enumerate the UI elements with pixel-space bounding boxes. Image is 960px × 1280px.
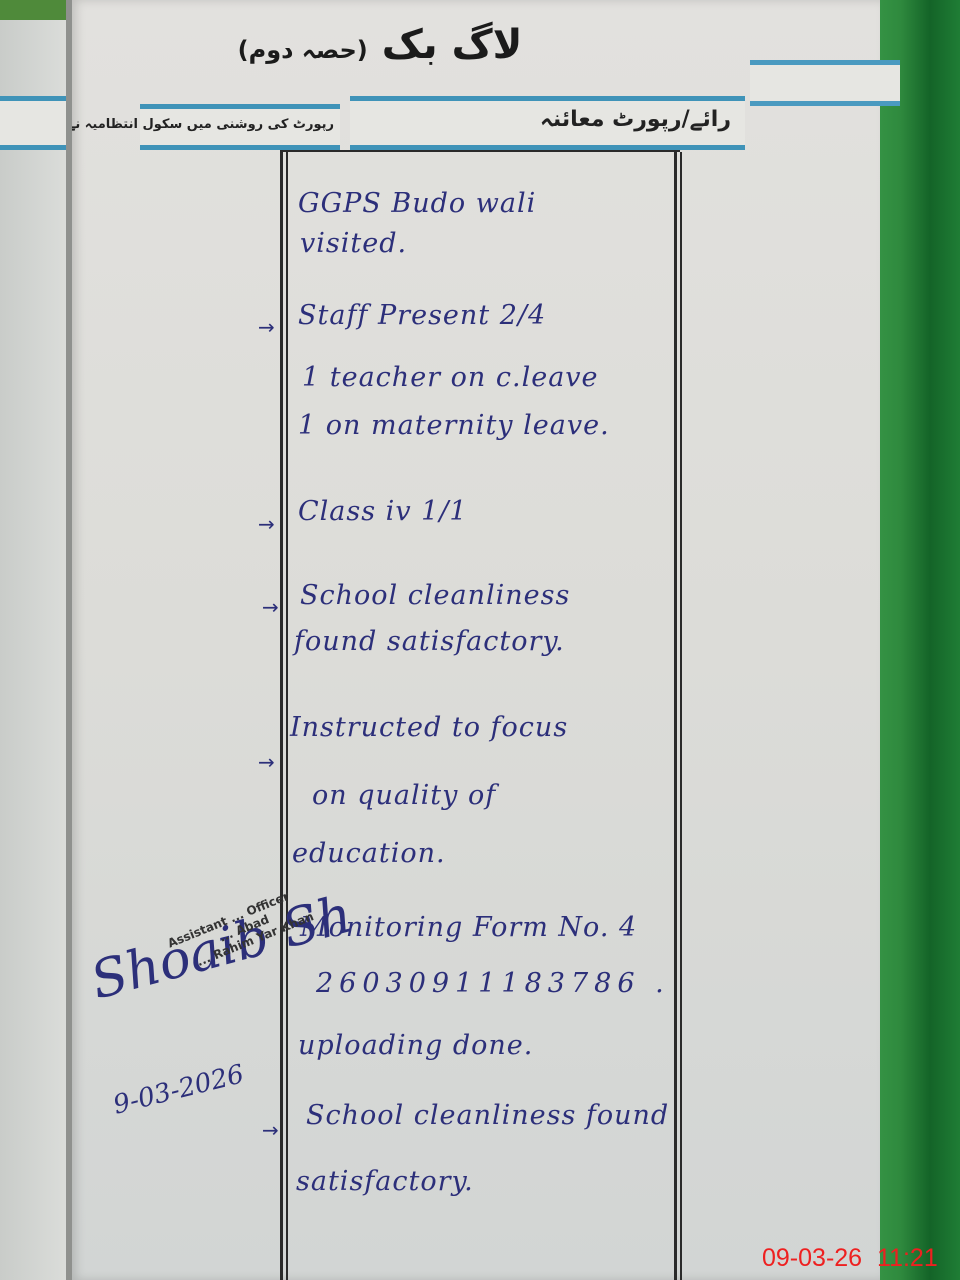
entry-line: 1 on maternity leave. xyxy=(298,410,610,441)
left-facing-page xyxy=(0,20,72,1280)
entry-line: Staff Present 2/4 xyxy=(298,300,546,331)
entry-line: 1 teacher on c.leave xyxy=(302,362,599,393)
entry-line: School cleanliness found xyxy=(306,1100,669,1131)
entry-line: uploading done. xyxy=(298,1030,533,1061)
faded-header-band xyxy=(750,60,900,106)
bullet-arrow-icon: → xyxy=(258,512,275,536)
title-text: لاگ بک xyxy=(382,22,523,68)
bullet-arrow-icon: → xyxy=(258,750,275,774)
table-top-rule xyxy=(280,150,680,152)
bullet-arrow-icon: → xyxy=(262,595,279,619)
column-divider-right-inner xyxy=(680,152,682,1280)
photo-timestamp: 09-03-26 11:21 xyxy=(762,1244,938,1273)
column-divider-right xyxy=(674,152,677,1280)
entry-line: Class iv 1/1 xyxy=(298,496,468,527)
bullet-arrow-icon: → xyxy=(258,315,275,339)
column-divider-left-inner xyxy=(286,152,288,1280)
entry-line: School cleanliness xyxy=(300,580,570,611)
title-subtitle: (حصہ دوم) xyxy=(238,36,368,64)
entry-line: visited. xyxy=(300,228,407,259)
bullet-arrow-icon: → xyxy=(262,1118,279,1142)
entry-line: GGPS Budo wali xyxy=(298,188,536,219)
column-divider-left xyxy=(280,152,283,1280)
left-page-band xyxy=(0,96,66,150)
timestamp-time: 11:21 xyxy=(877,1244,938,1272)
entry-line: found satisfactory. xyxy=(294,626,565,657)
monitoring-form-number: 26030911183786 . xyxy=(316,968,670,999)
column-header-left: رپورٹ کی روشنی میں سکول انتظامیہ نے جو ک… xyxy=(140,104,340,150)
page-title: لاگ بک (حصہ دوم) xyxy=(70,22,690,68)
column-header-main-label: رائے/رپورٹ معائنہ xyxy=(540,107,731,132)
entry-line: education. xyxy=(292,838,446,869)
timestamp-date: 09-03-26 xyxy=(762,1244,862,1272)
column-header-main: رائے/رپورٹ معائنہ xyxy=(350,96,745,150)
entry-line: on quality of xyxy=(312,780,496,811)
entry-line: Instructed to focus xyxy=(290,712,568,743)
entry-line: satisfactory. xyxy=(296,1166,474,1197)
book-spine xyxy=(66,0,72,1280)
